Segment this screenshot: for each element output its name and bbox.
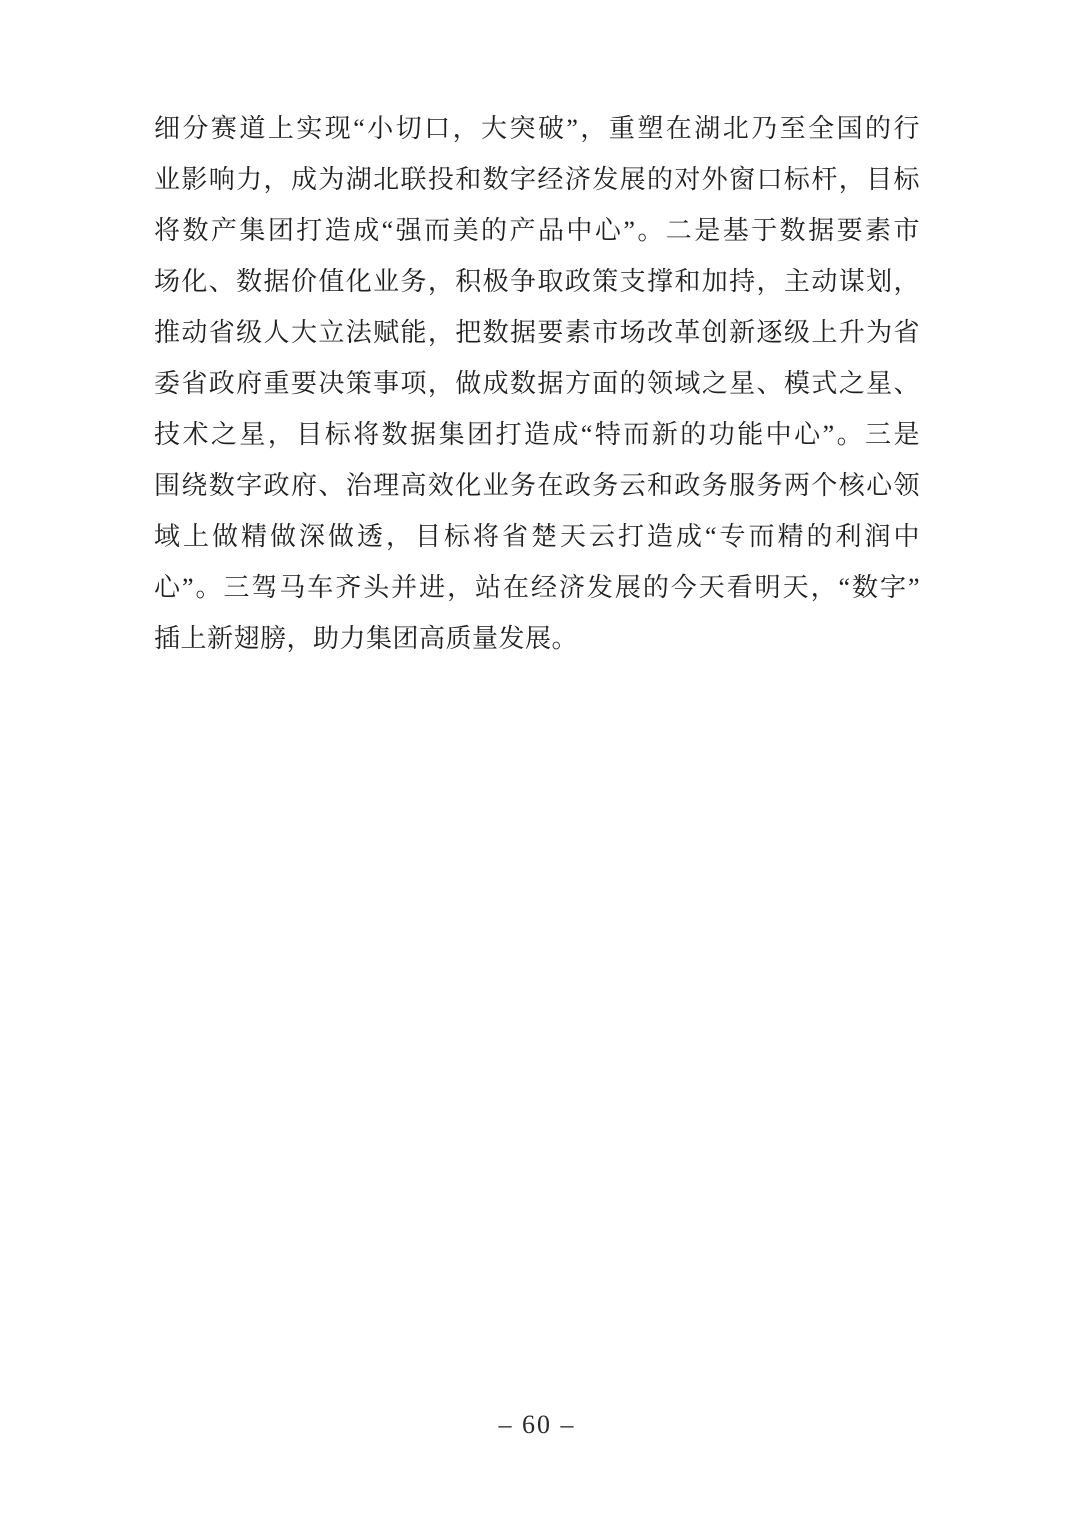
text-line: 技术之星，目标将数据集团打造成“特而新的功能中心”。三是 xyxy=(154,409,920,460)
text-line: 域上做精做深做透，目标将省楚天云打造成“专而精的利润中 xyxy=(154,511,920,562)
text-line: 围绕数字政府、治理高效化业务在政务云和政务服务两个核心领 xyxy=(154,460,920,511)
body-text: 细分赛道上实现“小切口，大突破”，重塑在湖北乃至全国的行 业影响力，成为湖北联投… xyxy=(154,103,920,664)
text-line: 细分赛道上实现“小切口，大突破”，重塑在湖北乃至全国的行 xyxy=(154,103,920,154)
text-line: 心”。三驾马车齐头并进，站在经济发展的今天看明天，“数字” xyxy=(154,562,920,613)
text-line: 场化、数据价值化业务，积极争取政策支撑和加持，主动谋划， xyxy=(154,256,920,307)
text-line: 业影响力，成为湖北联投和数字经济发展的对外窗口标杆，目标 xyxy=(154,154,920,205)
text-line: 委省政府重要决策事项，做成数据方面的领域之星、模式之星、 xyxy=(154,358,920,409)
text-line: 插上新翅膀，助力集团高质量发展。 xyxy=(154,613,920,664)
text-line: 将数产集团打造成“强而美的产品中心”。二是基于数据要素市 xyxy=(154,205,920,256)
document-page: 细分赛道上实现“小切口，大突破”，重塑在湖北乃至全国的行 业影响力，成为湖北联投… xyxy=(0,0,1074,1520)
page-number: – 60 – xyxy=(0,1410,1074,1440)
text-line: 推动省级人大立法赋能，把数据要素市场改革创新逐级上升为省 xyxy=(154,307,920,358)
